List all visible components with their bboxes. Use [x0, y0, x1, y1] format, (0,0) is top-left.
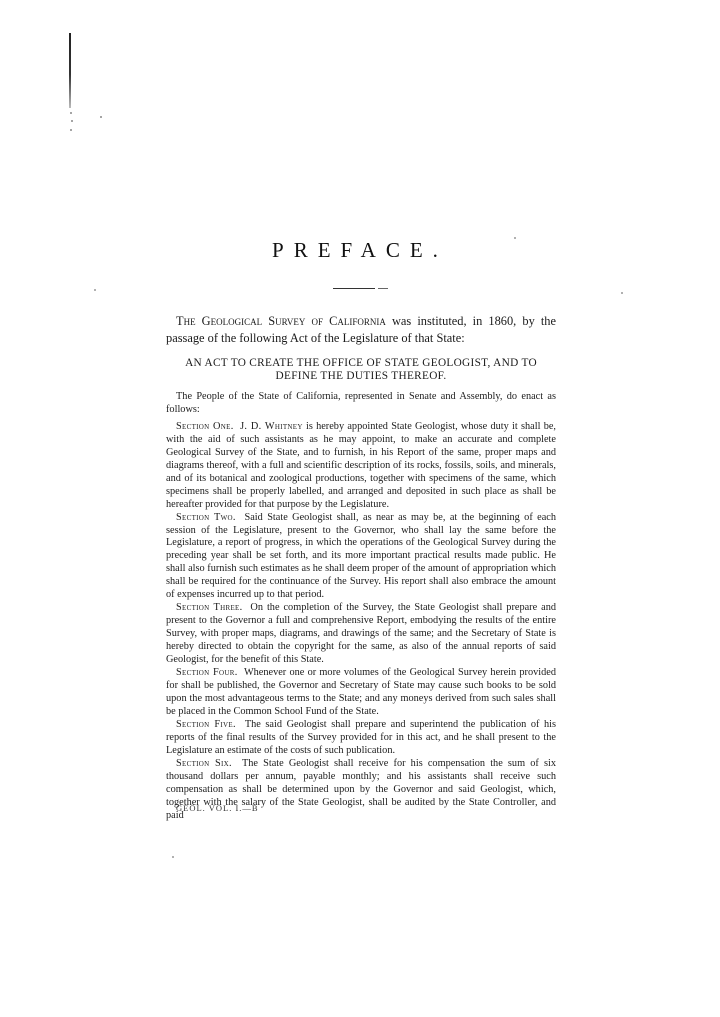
section-two: Section Two. Said State Geologist shall,…: [166, 512, 556, 603]
survey-name: The Geological Survey of California: [176, 314, 386, 328]
section-label: Section Six.: [176, 758, 232, 769]
intro-paragraph: The Geological Survey of California was …: [166, 313, 556, 347]
title-rule: [378, 288, 388, 289]
section-label: Section Four.: [176, 667, 238, 678]
act-body: The People of the State of California, r…: [166, 391, 556, 822]
section-label: Section Two.: [176, 512, 236, 523]
scan-speck: [172, 856, 174, 858]
scan-speck: [94, 289, 96, 291]
act-heading: AN ACT TO CREATE THE OFFICE OF STATE GEO…: [166, 357, 556, 383]
geologist-name: J. D. Whitney: [240, 421, 303, 432]
section-one: Section One. J. D. Whitney is hereby app…: [166, 421, 556, 512]
scan-speck: [70, 129, 72, 131]
section-text: Said State Geologist shall, as near as m…: [166, 512, 556, 601]
page-title: PREFACE.: [0, 238, 720, 263]
section-label: Section Five.: [176, 719, 236, 730]
section-text: is hereby appointed State Geologist, who…: [166, 421, 556, 510]
section-four: Section Four. Whenever one or more volum…: [166, 667, 556, 719]
act-heading-line: AN ACT TO CREATE THE OFFICE OF STATE GEO…: [166, 357, 556, 370]
title-rule: [333, 288, 375, 289]
signature-mark: GEOL. VOL. I.—B: [176, 803, 259, 813]
scan-speck: [621, 292, 623, 294]
section-label: Section One.: [176, 421, 234, 432]
scan-speck: [70, 112, 72, 114]
section-five: Section Five. The said Geologist shall p…: [166, 719, 556, 758]
act-heading-line: DEFINE THE DUTIES THEREOF.: [166, 370, 556, 383]
scan-speck: [71, 120, 73, 122]
enacting-clause: The People of the State of California, r…: [166, 391, 556, 417]
binding-edge-mark: [69, 33, 71, 108]
section-three: Section Three. On the completion of the …: [166, 602, 556, 667]
scan-speck: [100, 116, 102, 118]
section-label: Section Three.: [176, 602, 243, 613]
